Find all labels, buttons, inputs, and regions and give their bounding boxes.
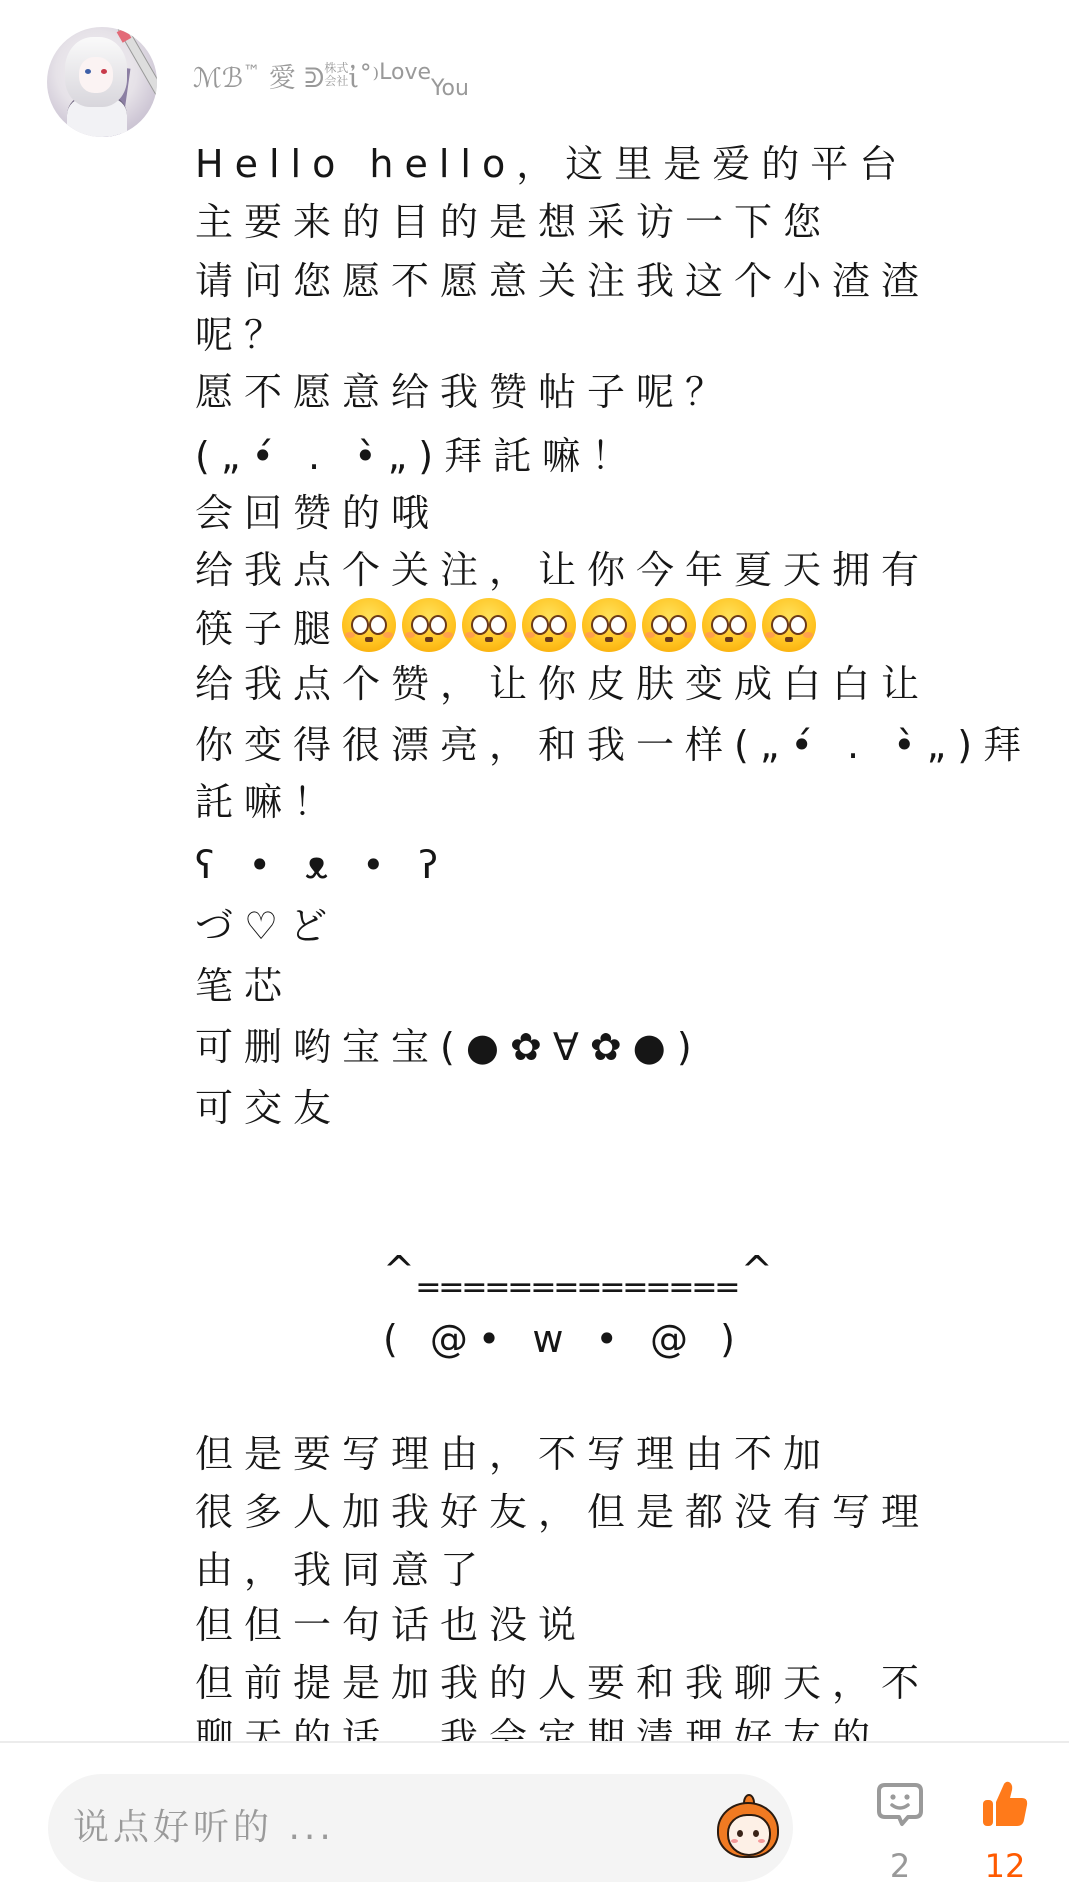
post-text-line: 由，我同意了 bbox=[195, 1541, 489, 1599]
mascot-cheek-right bbox=[758, 1839, 765, 1843]
post-text: 会回赞的哦 bbox=[195, 491, 440, 535]
post-text: 笔芯 bbox=[195, 964, 293, 1008]
post-text-line: 愿不愿意给我赞帖子呢？ bbox=[195, 363, 734, 421]
pleading-face-emoji-icon bbox=[522, 598, 576, 652]
post-text: ʕ • ᴥ • ʔ bbox=[195, 843, 449, 887]
post-text-line: 请问您愿不愿意关注我这个小渣渣 bbox=[195, 252, 930, 310]
post-text-line: 给我点个关注，让你今年夏天拥有 bbox=[195, 541, 930, 599]
comment-smile-icon bbox=[875, 1780, 925, 1830]
post-text-line: 但但一句话也没说 bbox=[195, 1596, 587, 1654]
post-text-line: 託嘛！ bbox=[195, 773, 342, 831]
mascot-eye-left bbox=[737, 1830, 743, 1837]
post-text-line: 可交友 bbox=[195, 1079, 342, 1137]
post-text-line: 主要来的目的是想采访一下您 bbox=[195, 193, 832, 251]
post-text-line: づ♡ど bbox=[195, 897, 338, 955]
post-text: 聊天的话，我会定期清理好友的 bbox=[195, 1715, 881, 1741]
post-text-line: Hello hello，这里是爱的平台 bbox=[195, 135, 908, 193]
post-text-line: 聊天的话，我会定期清理好友的 bbox=[195, 1708, 881, 1741]
post-text: 但但一句话也没说 bbox=[195, 1603, 587, 1647]
post-text: 给我点个关注，让你今年夏天拥有 bbox=[195, 548, 930, 592]
like-count: 12 bbox=[960, 1843, 1050, 1889]
post-text: 呢？ bbox=[195, 313, 293, 357]
post-text-line: 呢？ bbox=[195, 306, 293, 364]
post-text: 愿不愿意给我赞帖子呢？ bbox=[195, 370, 734, 414]
post-text: 你变得很漂亮，和我一样(„•́ . •̀„)拜 bbox=[195, 723, 1032, 767]
thumbs-up-icon bbox=[980, 1780, 1030, 1830]
post-text-line: 可删哟宝宝(●✿∀✿●) bbox=[195, 1018, 703, 1076]
post-text: 可交友 bbox=[195, 1086, 342, 1130]
mascot-cheek-left bbox=[731, 1839, 738, 1843]
post-text-line: 但是要写理由，不写理由不加 bbox=[195, 1425, 832, 1483]
post-text: 可删哟宝宝(●✿∀✿●) bbox=[195, 1025, 703, 1069]
comment-placeholder: 说点好听的 ... bbox=[73, 1774, 335, 1882]
comment-count: 2 bbox=[855, 1843, 945, 1889]
pleading-face-emoji-icon bbox=[462, 598, 516, 652]
post-text-line: 会回赞的哦 bbox=[195, 484, 440, 542]
post-text: 给我点个赞，让你皮肤变成白白让 bbox=[195, 662, 930, 706]
comment-input[interactable]: 说点好听的 ... bbox=[48, 1774, 793, 1882]
pleading-face-emoji-icon bbox=[762, 598, 816, 652]
bottom-action-bar: 说点好听的 ... 2 12 bbox=[0, 1743, 1069, 1904]
post-text: 请问您愿不愿意关注我这个小渣渣 bbox=[195, 259, 930, 303]
post-text: („•́ . •̀„)拜託嘛！ bbox=[195, 434, 640, 478]
post-text-line: 但前提是加我的人要和我聊天，不 bbox=[195, 1654, 930, 1712]
post-text: 託嘛！ bbox=[195, 780, 342, 824]
post-text-line: 很多人加我好友，但是都没有写理 bbox=[195, 1483, 930, 1541]
post-text-line: 笔芯 bbox=[195, 957, 293, 1015]
post-text: 筷子腿 bbox=[195, 607, 342, 651]
post-text-line: 筷子腿 bbox=[195, 598, 822, 656]
mascot-face bbox=[727, 1814, 771, 1856]
post-text: 但前提是加我的人要和我聊天，不 bbox=[195, 1661, 930, 1705]
pleading-face-emoji-icon bbox=[702, 598, 756, 652]
post-text-line: ʕ • ᴥ • ʔ bbox=[195, 836, 449, 894]
post-text: Hello hello，这里是爱的平台 bbox=[195, 142, 908, 186]
flushed-face-emoji-icon bbox=[402, 598, 456, 652]
post-text-line: 你变得很漂亮，和我一样(„•́ . •̀„)拜 bbox=[195, 716, 1032, 774]
kaomoji-ears: ^‗‗‗‗‗‗‗‗‗‗‗‗‗‗^ bbox=[383, 1241, 777, 1299]
post-text: 主要来的目的是想采访一下您 bbox=[195, 200, 832, 244]
pleading-face-emoji-icon bbox=[642, 598, 696, 652]
post-text: 由，我同意了 bbox=[195, 1548, 489, 1592]
post-text: 但是要写理由，不写理由不加 bbox=[195, 1432, 832, 1476]
mascot-eye-right bbox=[753, 1830, 759, 1837]
like-button[interactable]: 12 bbox=[960, 1743, 1050, 1904]
flushed-face-emoji-icon bbox=[342, 598, 396, 652]
post-text: 很多人加我好友，但是都没有写理 bbox=[195, 1490, 930, 1534]
post-body: Hello hello，这里是爱的平台 主要来的目的是想采访一下您请问您愿不愿意… bbox=[0, 0, 1069, 1741]
pleading-face-emoji-icon bbox=[582, 598, 636, 652]
post-text: づ♡ど bbox=[195, 904, 338, 948]
kaomoji-face: ( @• w • @ ) bbox=[383, 1310, 745, 1368]
comment-button[interactable]: 2 bbox=[855, 1743, 945, 1904]
mascot-emoji-icon[interactable] bbox=[713, 1794, 779, 1860]
post-text-line: 给我点个赞，让你皮肤变成白白让 bbox=[195, 655, 930, 713]
post-text-line: („•́ . •̀„)拜託嘛！ bbox=[195, 427, 640, 485]
